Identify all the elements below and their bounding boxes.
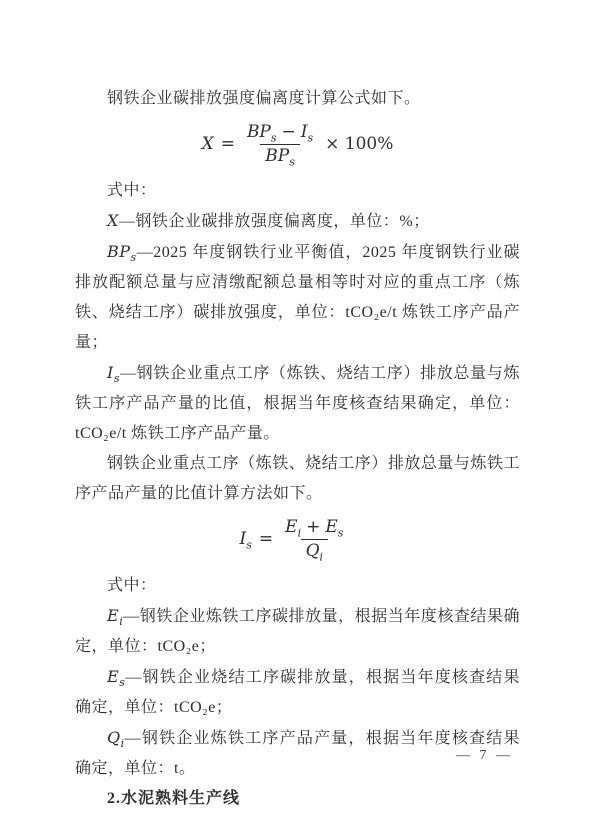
math-variable: Ei xyxy=(107,608,123,625)
where-label-1: 式中： xyxy=(75,176,520,206)
formula-ratio: Is = Ei+Es Qi xyxy=(75,517,520,561)
document-content: 钢铁企业碳排放强度偏离度计算公式如下。 X = BPs−Is BPs × 100… xyxy=(75,84,520,814)
variable-base: X xyxy=(107,211,119,230)
formula-suffix: × 100% xyxy=(325,134,393,154)
definition-qi: Qi—钢铁企业炼铁工序产品产量，根据当年度核查结果确定，单位：t。 xyxy=(75,723,520,784)
where-label-text: 式中： xyxy=(107,182,157,199)
fraction-numerator: BPs−Is xyxy=(242,122,318,144)
numerator-var-b-sub: s xyxy=(338,526,344,539)
fraction: Ei+Es Qi xyxy=(280,517,348,561)
page-number: — 7 — xyxy=(456,748,513,764)
numerator-var-b: E xyxy=(325,517,337,537)
formula-lhs-sub: s xyxy=(246,538,252,551)
definition-text: —钢铁企业炼铁工序产品产量，根据当年度核查结果确定，单位：t。 xyxy=(75,730,520,777)
formula-lhs: X xyxy=(202,134,214,154)
definition-text: —钢铁企业碳排放强度偏离度，单位：%； xyxy=(119,213,430,230)
math-variable: Qi xyxy=(107,730,125,747)
where-label-text: 式中： xyxy=(107,577,157,594)
denominator-var: Q xyxy=(306,541,320,561)
variable-base: E xyxy=(107,667,119,686)
definition-text: —2025 年度钢铁行业平衡值，2025 年度钢铁行业碳排放配额总量与应清缴配额… xyxy=(75,244,520,351)
numerator-var-a-sub: i xyxy=(298,526,302,539)
definition-is: Is—钢铁企业重点工序（炼铁、烧结工序）排放总量与炼铁工序产品产量的比值，根据当… xyxy=(75,358,520,449)
formula-lhs-var: X xyxy=(202,134,214,154)
variable-base: I xyxy=(107,363,114,382)
math-variable: X xyxy=(107,213,119,230)
where-label-2: 式中： xyxy=(75,571,520,601)
numerator-var-a: E xyxy=(285,517,297,537)
definition-ei: Ei—钢铁企业炼铁工序碳排放量，根据当年度核查结果确定，单位：tCO₂e； xyxy=(75,601,520,662)
variable-base: E xyxy=(107,606,119,625)
section-heading-cement: 2.水泥熟料生产线 xyxy=(75,784,520,814)
denominator-var-sub: i xyxy=(320,550,324,563)
definition-text: —钢铁企业重点工序（炼铁、烧结工序）排放总量与炼铁工序产品产量的比值，根据当年度… xyxy=(75,365,520,442)
formula-carbon-deviation: X = BPs−Is BPs × 100% xyxy=(75,122,520,166)
section-heading-text: 2.水泥熟料生产线 xyxy=(107,790,240,807)
denominator-var-sub: s xyxy=(289,155,295,168)
definition-es: Es—钢铁企业烧结工序碳排放量，根据当年度核查结果确定，单位：tCO₂e； xyxy=(75,662,520,723)
method-paragraph: 钢铁企业重点工序（炼铁、烧结工序）排放总量与炼铁工序产品产量的比值计算方法如下。 xyxy=(75,449,520,509)
operator: − xyxy=(282,122,296,142)
equals-sign: = xyxy=(221,134,235,154)
variable-base: BP xyxy=(107,242,131,261)
definition-bps: BPs—2025 年度钢铁行业平衡值，2025 年度钢铁行业碳排放配额总量与应清… xyxy=(75,237,520,358)
definition-text: —钢铁企业炼铁工序碳排放量，根据当年度核查结果确定，单位：tCO₂e； xyxy=(75,608,520,655)
fraction-denominator: BPs xyxy=(260,144,300,166)
numerator-var-a-sub: s xyxy=(271,131,277,144)
equals-sign: = xyxy=(259,529,273,549)
method-text: 钢铁企业重点工序（炼铁、烧结工序）排放总量与炼铁工序产品产量的比值计算方法如下。 xyxy=(75,455,520,502)
document-page: 钢铁企业碳排放强度偏离度计算公式如下。 X = BPs−Is BPs × 100… xyxy=(0,0,595,838)
fraction-denominator: Qi xyxy=(301,539,328,561)
math-variable: BPs xyxy=(107,244,137,261)
fraction: BPs−Is BPs xyxy=(242,122,318,166)
operator: + xyxy=(306,517,320,537)
definition-text: —钢铁企业烧结工序碳排放量，根据当年度核查结果确定，单位：tCO₂e； xyxy=(75,669,520,716)
numerator-var-b-sub: s xyxy=(308,131,314,144)
variable-base: Q xyxy=(107,728,121,747)
fraction-numerator: Ei+Es xyxy=(280,517,348,539)
denominator-var: BP xyxy=(265,146,289,166)
math-variable: Is xyxy=(107,365,120,382)
math-variable: Es xyxy=(107,669,125,686)
numerator-var-a: BP xyxy=(247,122,271,142)
formula-lhs: Is xyxy=(240,529,252,549)
definition-x: X—钢铁企业碳排放强度偏离度，单位：%； xyxy=(75,206,520,237)
intro-text: 钢铁企业碳排放强度偏离度计算公式如下。 xyxy=(107,90,421,107)
intro-paragraph: 钢铁企业碳排放强度偏离度计算公式如下。 xyxy=(75,84,520,114)
numerator-var-b: I xyxy=(301,122,308,142)
